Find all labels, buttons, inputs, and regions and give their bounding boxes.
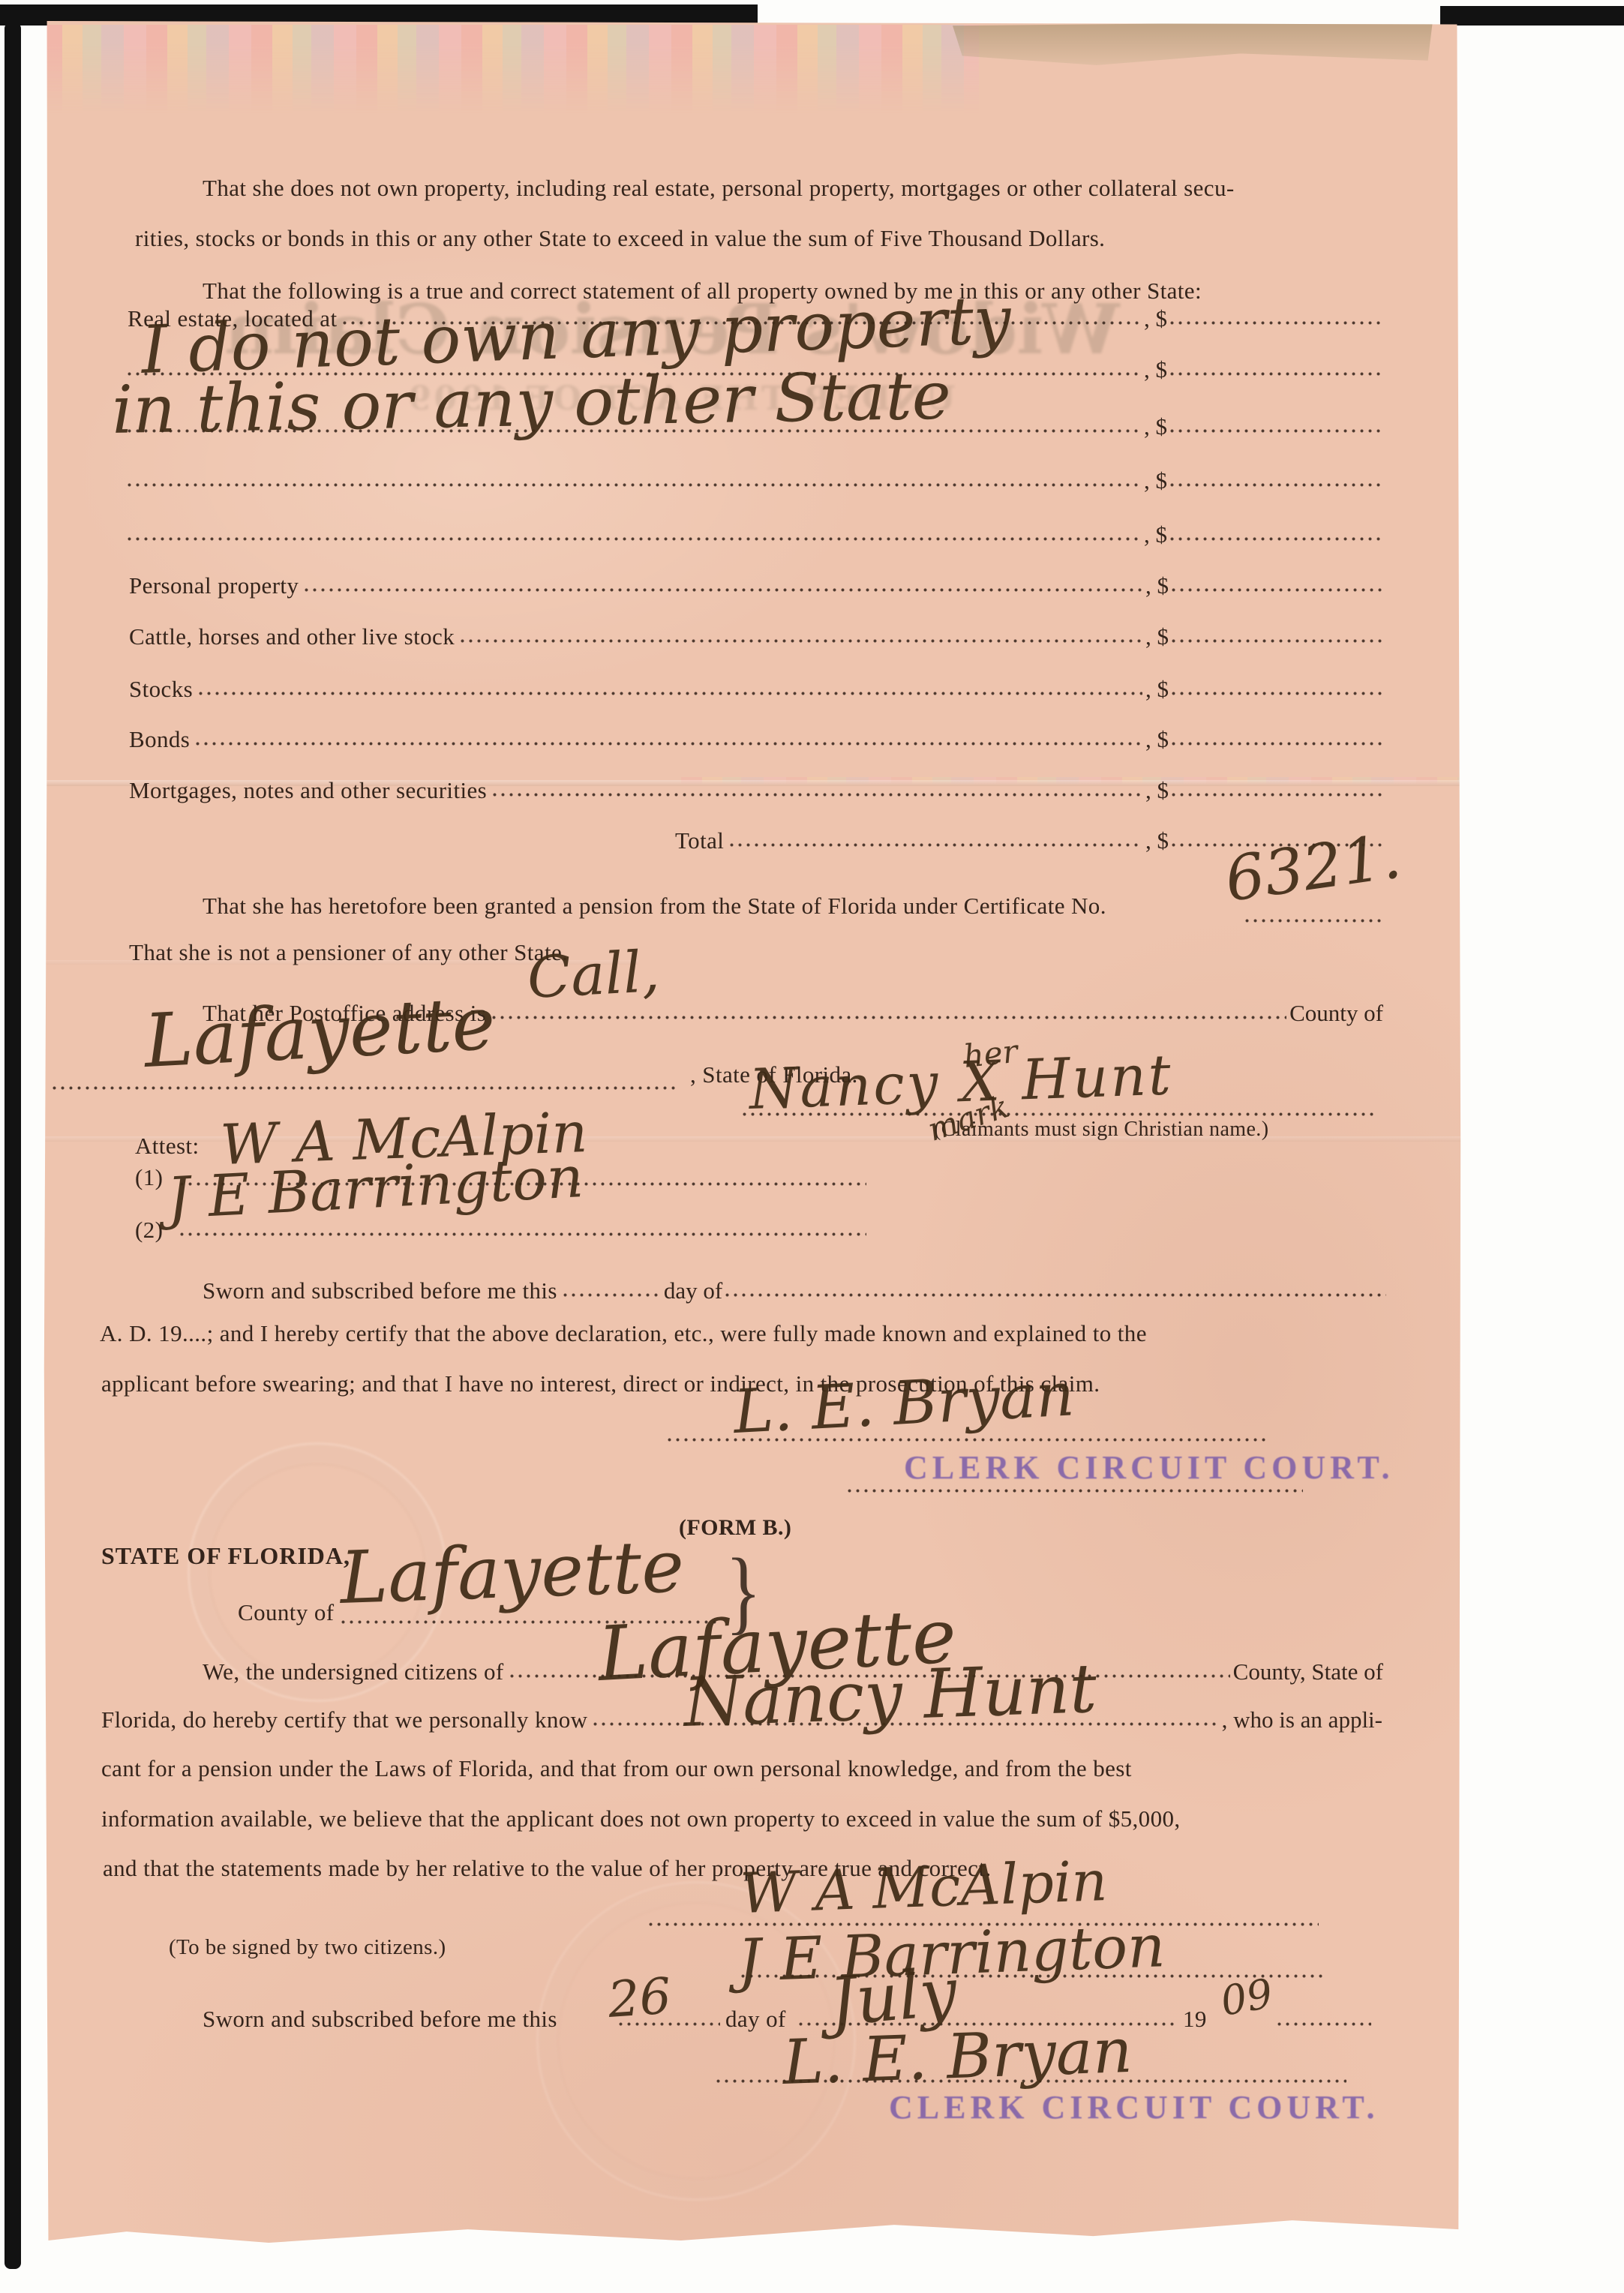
county-of-suffix: County of xyxy=(1286,1001,1386,1025)
dollar-sign: , $ xyxy=(1141,523,1170,546)
we-citizens-label: We, the undersigned citizens of xyxy=(203,1660,510,1683)
bonds-row: Bonds , $ xyxy=(129,721,1385,751)
sworn-label: Sworn and subscribed before me this xyxy=(203,1279,563,1302)
dot-leader xyxy=(493,793,1142,797)
cant-line: cant for a pension under the Laws of Flo… xyxy=(101,1755,1132,1782)
dot-leader xyxy=(1172,742,1385,746)
clerk-signature-1: L. E. Bryan xyxy=(732,1364,1076,1442)
dot-leader xyxy=(1172,793,1385,797)
dot-leader xyxy=(305,588,1142,592)
dollar-sign: , $ xyxy=(1142,829,1172,852)
row-label: Stocks xyxy=(129,677,199,701)
dot-leader xyxy=(1172,639,1385,643)
personally-know-label: Florida, do hereby certify that we perso… xyxy=(101,1708,593,1731)
document-page: Widow's Pension Claim UNDER THE ACT OF 1… xyxy=(41,21,1463,2267)
row-label: Total xyxy=(675,829,730,852)
applicant-suffix: , who is an appli- xyxy=(1219,1708,1385,1731)
mortgages-row: Mortgages, notes and other securities , … xyxy=(129,772,1385,802)
pensioner-line: That she is not a pensioner of any other… xyxy=(129,939,568,966)
dollar-sign: , $ xyxy=(1141,415,1170,438)
dot-leader xyxy=(725,1293,1386,1297)
row-label: Personal property xyxy=(129,574,305,597)
day-of-label-form-b: day of xyxy=(725,2006,786,2033)
day-of-label: day of xyxy=(661,1279,725,1302)
citizen1-signature: W A McAlpin xyxy=(739,1853,1108,1922)
row-label: Bonds xyxy=(129,728,196,751)
total-row: Total , $ xyxy=(129,822,1385,852)
handwritten-day: 26 xyxy=(606,1971,672,2025)
applicant-name-handwritten: Nancy Hunt xyxy=(683,1655,1098,1737)
dot-leader xyxy=(461,639,1142,643)
ad-certify-line: A. D. 19....; and I hereby certify that … xyxy=(100,1320,1147,1347)
scanner-edge-left xyxy=(5,23,21,2269)
certificate-line: That she has heretofore been granted a p… xyxy=(203,893,1106,920)
dot-leader xyxy=(1170,537,1384,541)
dollar-sign: , $ xyxy=(1142,574,1172,597)
two-citizens-note: (To be signed by two citizens.) xyxy=(169,1935,446,1960)
scan-glare-artifact xyxy=(41,25,979,119)
dot-leader xyxy=(1170,483,1384,487)
county-state-suffix: County, State of xyxy=(1230,1660,1386,1683)
sworn-row-form-a: Sworn and subscribed before me this day … xyxy=(203,1272,1386,1302)
declaration-paragraph1-line2: rities, stocks or bonds in this or any o… xyxy=(135,225,1105,252)
clerk-signature-2: L. E. Bryan xyxy=(782,2021,1133,2094)
dot-leader xyxy=(1170,321,1384,325)
state-of-florida-heading: STATE OF FLORIDA, xyxy=(101,1542,350,1570)
dollar-sign: , $ xyxy=(1141,358,1170,381)
blank-amount-row: , $ xyxy=(128,462,1384,492)
declaration-paragraph1-line1: That she does not own property, includin… xyxy=(203,175,1235,202)
dollar-sign: , $ xyxy=(1142,625,1172,648)
tape-strip xyxy=(953,21,1433,68)
handwritten-county: Lafayette xyxy=(143,987,497,1079)
dot-leader xyxy=(1245,919,1384,923)
dot-leader xyxy=(1277,2022,1371,2026)
blank-amount-row: , $ xyxy=(128,516,1384,546)
dot-leader xyxy=(563,1293,661,1297)
clerk-circuit-court-stamp-2: CLERK CIRCUIT COURT. xyxy=(889,2088,1379,2126)
dot-leader xyxy=(128,483,1141,487)
dollar-sign: , $ xyxy=(1142,779,1172,802)
dot-leader xyxy=(1172,588,1385,592)
handwritten-year: 09 xyxy=(1218,1973,1276,2022)
attest-number-1: (1) xyxy=(135,1164,163,1191)
formb-county-of-label: County of xyxy=(238,1599,334,1626)
handwritten-real-estate-2: in this or any other State xyxy=(111,362,951,443)
personal-property-row: Personal property , $ xyxy=(129,567,1385,597)
dollar-sign: , $ xyxy=(1141,307,1170,330)
livestock-row: Cattle, horses and other live stock , $ xyxy=(129,618,1385,648)
dollar-sign: , $ xyxy=(1142,677,1172,701)
attest-number-2: (2) xyxy=(135,1217,163,1244)
information-line: information available, we believe that t… xyxy=(101,1805,1181,1832)
sworn-label-form-b: Sworn and subscribed before me this xyxy=(203,2006,557,2033)
year-prefix: 19 xyxy=(1183,2006,1207,2033)
scanner-edge-top-right xyxy=(1440,6,1624,26)
her-mark-her: her xyxy=(962,1036,1019,1073)
dollar-sign: , $ xyxy=(1141,469,1170,492)
dot-leader xyxy=(848,1489,1303,1493)
stocks-row: Stocks , $ xyxy=(129,671,1385,701)
row-label: Mortgages, notes and other securities xyxy=(129,779,493,802)
row-label: Cattle, horses and other live stock xyxy=(129,625,461,648)
dot-leader xyxy=(53,1086,675,1090)
formb-county-handwritten: Lafayette xyxy=(339,1530,686,1614)
clerk-circuit-court-stamp-1: CLERK CIRCUIT COURT. xyxy=(904,1448,1394,1487)
handwritten-postoffice: Call, xyxy=(526,943,661,1007)
dot-leader xyxy=(128,537,1141,541)
dot-leader xyxy=(730,843,1142,847)
dollar-sign: , $ xyxy=(1142,728,1172,751)
dot-leader xyxy=(1170,429,1384,433)
dot-leader xyxy=(492,1016,1286,1019)
dot-leader xyxy=(199,692,1142,695)
dot-leader xyxy=(1170,372,1384,376)
attest-label: Attest: xyxy=(135,1133,199,1160)
dot-leader xyxy=(1172,692,1385,695)
dot-leader xyxy=(180,1232,866,1236)
dot-leader xyxy=(196,742,1142,746)
